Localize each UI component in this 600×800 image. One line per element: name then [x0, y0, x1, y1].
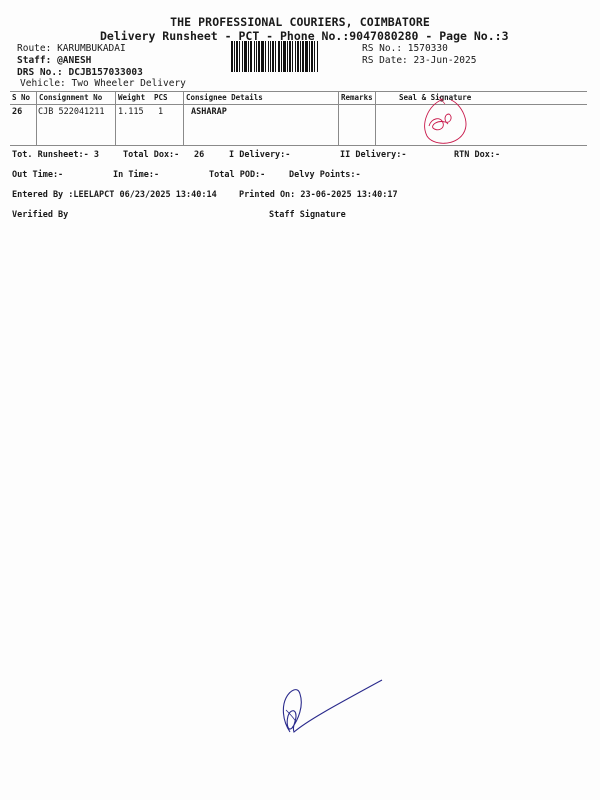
col-divider: [183, 91, 184, 145]
col-divider: [115, 91, 116, 145]
staff-value: @ANESH: [57, 55, 91, 66]
cell-pcs: 1: [158, 107, 163, 117]
runsheet-table: S No Consignment No Weight PCS Consignee…: [10, 91, 587, 146]
cell-consignee: ASHARAP: [191, 107, 227, 117]
company-title: THE PROFESSIONAL COURIERS, COIMBATORE: [0, 15, 600, 29]
drs-label: DRS No.:: [17, 67, 63, 78]
verified-by: Verified By: [12, 210, 68, 220]
printed-on: Printed On: 23-06-2025 13:40:17: [239, 190, 398, 200]
rs-no-line: RS No.: 1570330: [362, 43, 448, 54]
col-header-consignment: Consignment No: [39, 93, 102, 102]
cell-weight: 1.115: [118, 107, 144, 117]
col-header-sno: S No: [12, 93, 30, 102]
table-header-rule: [10, 104, 587, 105]
col-header-remarks: Remarks: [341, 93, 373, 102]
col-header-weight: Weight: [118, 93, 145, 102]
vehicle-label: Vehicle:: [20, 78, 66, 89]
drs-line: DRS No.: DCJB157033003: [17, 67, 143, 78]
rtn-dox: RTN Dox:-: [454, 150, 500, 160]
vehicle-value: Two Wheeler Delivery: [72, 78, 186, 89]
route-line: Route: KARUMBUKADAI: [17, 43, 126, 54]
staff-handwritten-signature-icon: [278, 676, 388, 740]
tot-runsheet: Tot. Runsheet:- 3: [12, 150, 99, 160]
col-divider: [375, 91, 376, 145]
table-top-rule: [10, 91, 587, 92]
staff-label: Staff:: [17, 55, 51, 66]
total-dox-label: Total Dox:-: [123, 150, 179, 160]
total-pod: Total POD:-: [209, 170, 265, 180]
barcode-icon: [231, 41, 339, 72]
cell-consignment-no: CJB 522041211: [38, 107, 105, 117]
rs-date-line: RS Date: 23-Jun-2025: [362, 55, 476, 66]
consignee-signature-icon: [415, 96, 475, 148]
col-header-pcs: PCS: [154, 93, 168, 102]
i-delivery: I Delivery:-: [229, 150, 290, 160]
staff-signature-label: Staff Signature: [269, 210, 346, 220]
total-dox-value: 26: [194, 150, 204, 160]
entered-by: Entered By :LEELAPCT 06/23/2025 13:40:14: [12, 190, 217, 200]
route-value: KARUMBUKADAI: [57, 43, 126, 54]
vehicle-line: Vehicle: Two Wheeler Delivery: [20, 78, 186, 89]
col-divider: [338, 91, 339, 145]
out-time: Out Time:-: [12, 170, 63, 180]
route-label: Route:: [17, 43, 51, 54]
col-divider: [36, 91, 37, 145]
runsheet-page: THE PROFESSIONAL COURIERS, COIMBATORE De…: [0, 0, 600, 800]
rs-no-label: RS No.:: [362, 43, 402, 54]
drs-value: DCJB157033003: [69, 67, 143, 78]
rs-date-label: RS Date:: [362, 55, 408, 66]
ii-delivery: II Delivery:-: [340, 150, 407, 160]
staff-line: Staff: @ANESH: [17, 55, 91, 66]
col-header-consignee: Consignee Details: [186, 93, 263, 102]
delvy-points: Delvy Points:-: [289, 170, 361, 180]
cell-sno: 26: [12, 107, 22, 117]
in-time: In Time:-: [113, 170, 159, 180]
table-bottom-rule: [10, 145, 587, 146]
rs-no-value: 1570330: [408, 43, 448, 54]
rs-date-value: 23-Jun-2025: [414, 55, 477, 66]
